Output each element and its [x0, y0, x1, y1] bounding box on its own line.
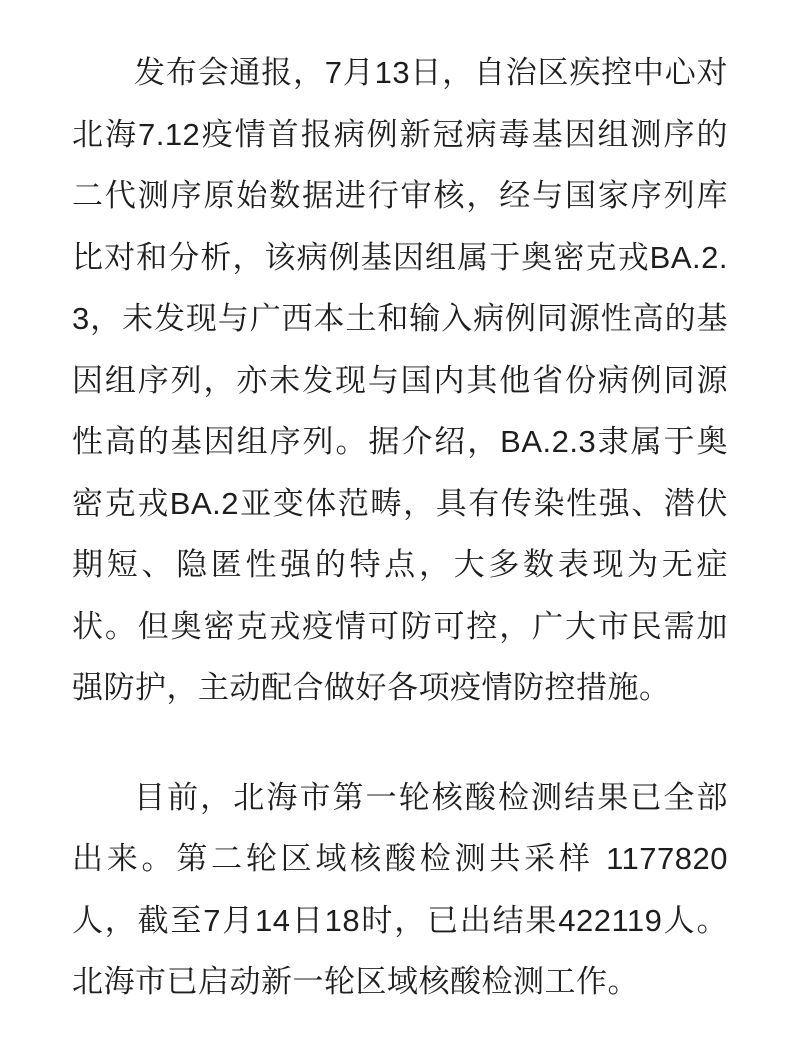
- paragraph-nucleic-acid-testing-progress: 目前，北海市第一轮核酸检测结果已全部出来。第二轮区域核酸检测共采样 117782…: [72, 767, 728, 1013]
- paragraph-genome-sequencing-report: 发布会通报，7月13日，自治区疾控中心对北海7.12疫情首报病例新冠病毒基因组测…: [72, 42, 728, 719]
- article-page: 发布会通报，7月13日，自治区疾控中心对北海7.12疫情首报病例新冠病毒基因组测…: [0, 0, 800, 1043]
- article-body: 发布会通报，7月13日，自治区疾控中心对北海7.12疫情首报病例新冠病毒基因组测…: [0, 0, 800, 1013]
